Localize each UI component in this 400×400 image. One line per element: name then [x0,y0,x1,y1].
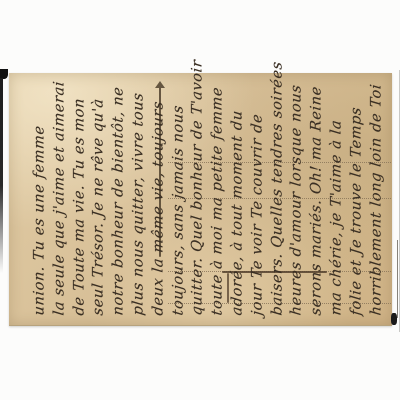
letter-line: de Toute ma vie. Tu es mon [70,72,90,316]
letter-line: toujours, sans jamais nous [169,72,189,316]
scan-background: union. Tu es une femmela seule que j'aim… [0,0,400,400]
handwriting-block: union. Tu es une femmela seule que j'aim… [9,73,392,325]
letter-line: baisers. Quelles tendres soirées [268,72,288,316]
letter-line: toute à moi ma petite femme [208,72,228,316]
letter-line: folie et Je trouve le Temps [347,72,367,316]
letter-line: quitter. Quel bonheur de T'avoir [188,72,208,316]
letter-line: horriblement long loin de Toi [367,72,387,316]
postcard-scan: union. Tu es une femmela seule que j'aim… [9,73,392,326]
scan-artifact-right-line [397,240,399,318]
letter-line: ma chérie, je T'aime à la [327,72,347,316]
letter-line: adorée, à tout moment du [228,72,248,316]
letter-line: la seule que j'aime et aimerai [50,72,70,316]
scan-artifact-left-strip [0,78,3,273]
letter-line: seul Trésor. Je ne rêve qu'à [89,72,109,316]
letter-line: heures d'amour lorsque nous [287,72,307,316]
letter-line: notre bonheur de bientôt, ne [109,72,129,316]
letter-line: jour Te voir Te couvrir de [248,72,268,316]
letter-line: serons mariés. Oh! ma Reine [307,72,327,316]
letter-line: union. Tu es une femme [30,72,50,316]
letter-line: deux la même vie, toujours [149,72,169,316]
letter-line: plus nous quitter, vivre tous [129,72,149,316]
